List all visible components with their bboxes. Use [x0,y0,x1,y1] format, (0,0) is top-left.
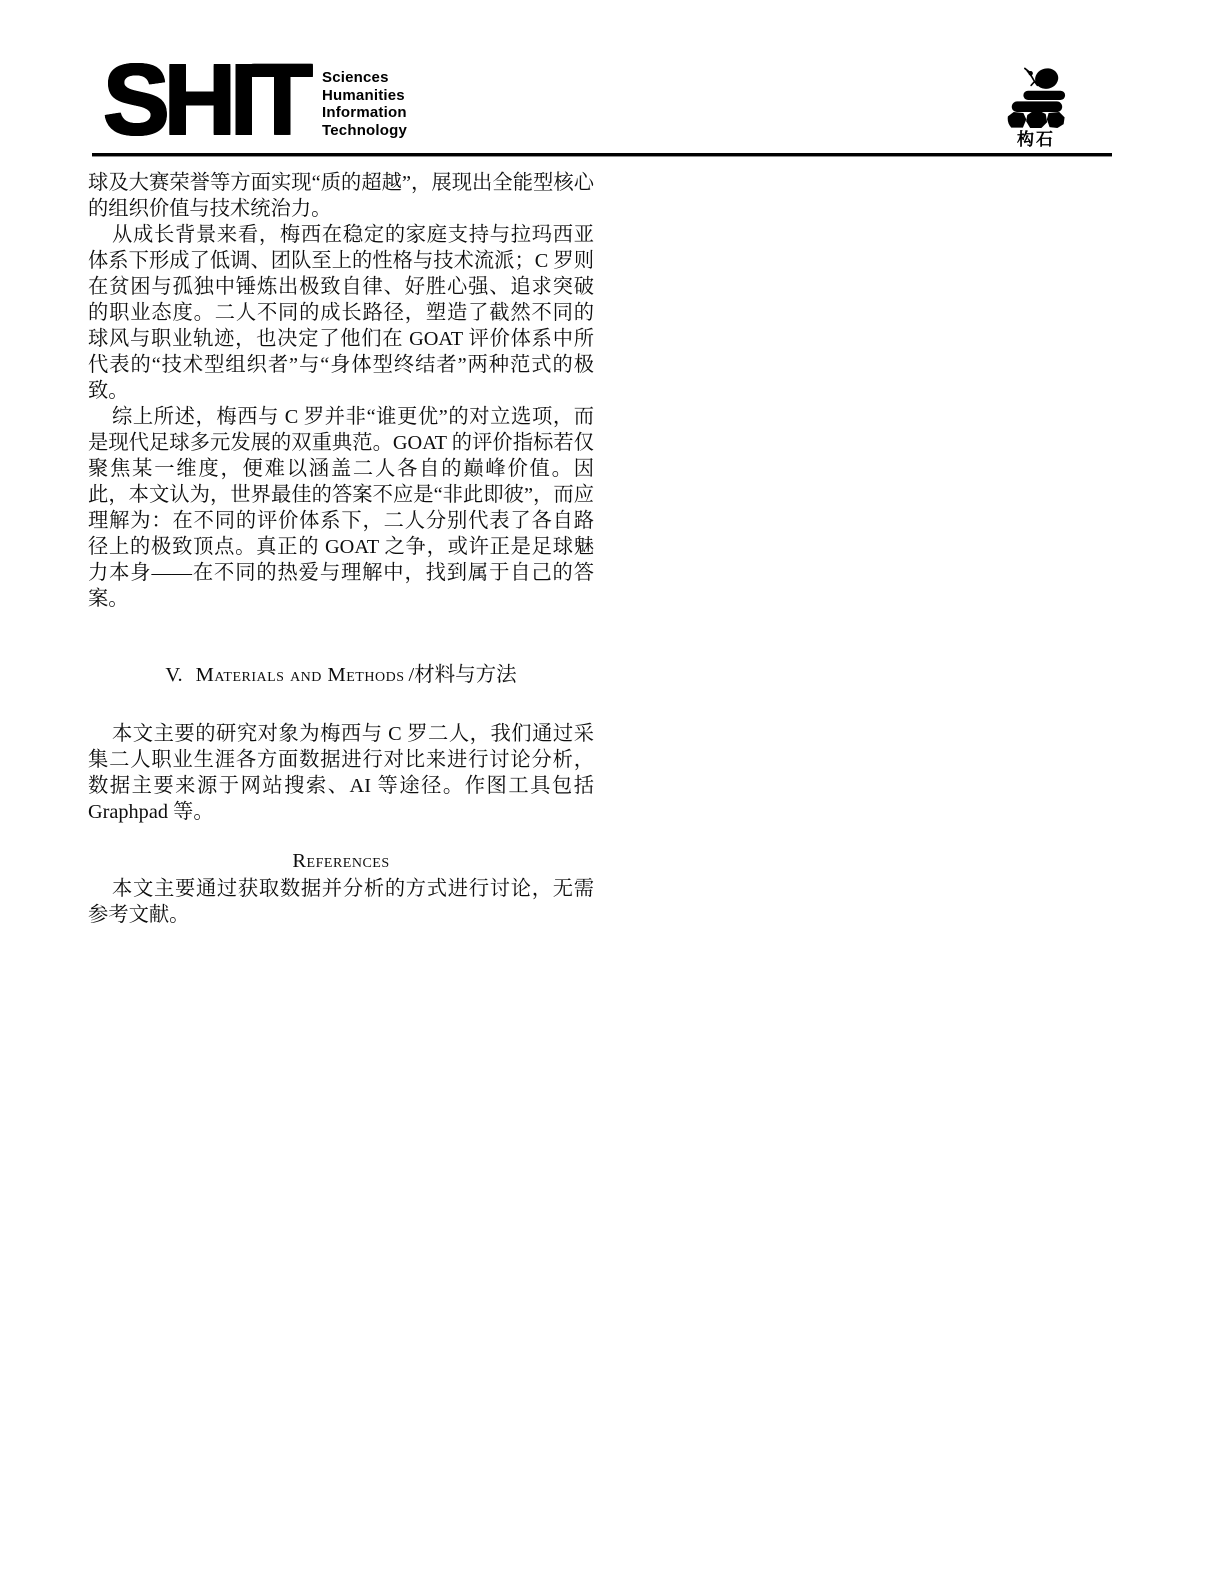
header-rule [92,153,1112,157]
tagline-line-humanities: Humanities [322,87,407,105]
tagline-line-sciences: Sciences [322,69,407,87]
body-paragraph-summary: 综上所述，梅西与 C 罗并非“谁更优”的对立选项，而是现代足球多元发展的双重典范… [88,404,594,612]
methods-paragraph: 本文主要的研究对象为梅西与 C 罗二人，我们通过采集二人职业生涯各方面数据进行对… [88,721,594,825]
section-number: V. [165,664,182,686]
tagline-line-information: Information [322,104,407,122]
stone-pile-climber-icon [1003,66,1069,130]
paper-page: SHIT Sciences Humanities Information Tec… [0,0,1224,1584]
body-paragraph-background: 从成长背景来看，梅西在稳定的家庭支持与拉玛西亚体系下形成了低调、团队至上的性格与… [88,222,594,404]
right-column-empty [650,170,1134,1470]
tagline-line-technology: Technology [322,122,407,140]
section-title-en: Materials and Methods [196,664,405,686]
section-heading-materials-methods: V.Materials and Methods/材料与方法 [88,662,594,688]
left-column: 球及大赛荣誉等方面实现“质的超越”，展现出全能型核心的组织价值与技术统治力。 从… [88,170,594,928]
journal-tagline: Sciences Humanities Information Technolo… [322,69,407,139]
publisher-stamp: 构石 [1003,66,1069,149]
section-title-zh: /材料与方法 [408,664,516,686]
journal-logo-wordmark: SHIT [103,50,307,150]
publisher-stamp-label: 构石 [1003,131,1069,149]
references-heading: References [88,848,594,874]
body-paragraph-conclusion-carryover: 球及大赛荣誉等方面实现“质的超越”，展现出全能型核心的组织价值与技术统治力。 [88,170,594,222]
references-paragraph: 本文主要通过获取数据并分析的方式进行讨论，无需参考文献。 [88,876,594,928]
